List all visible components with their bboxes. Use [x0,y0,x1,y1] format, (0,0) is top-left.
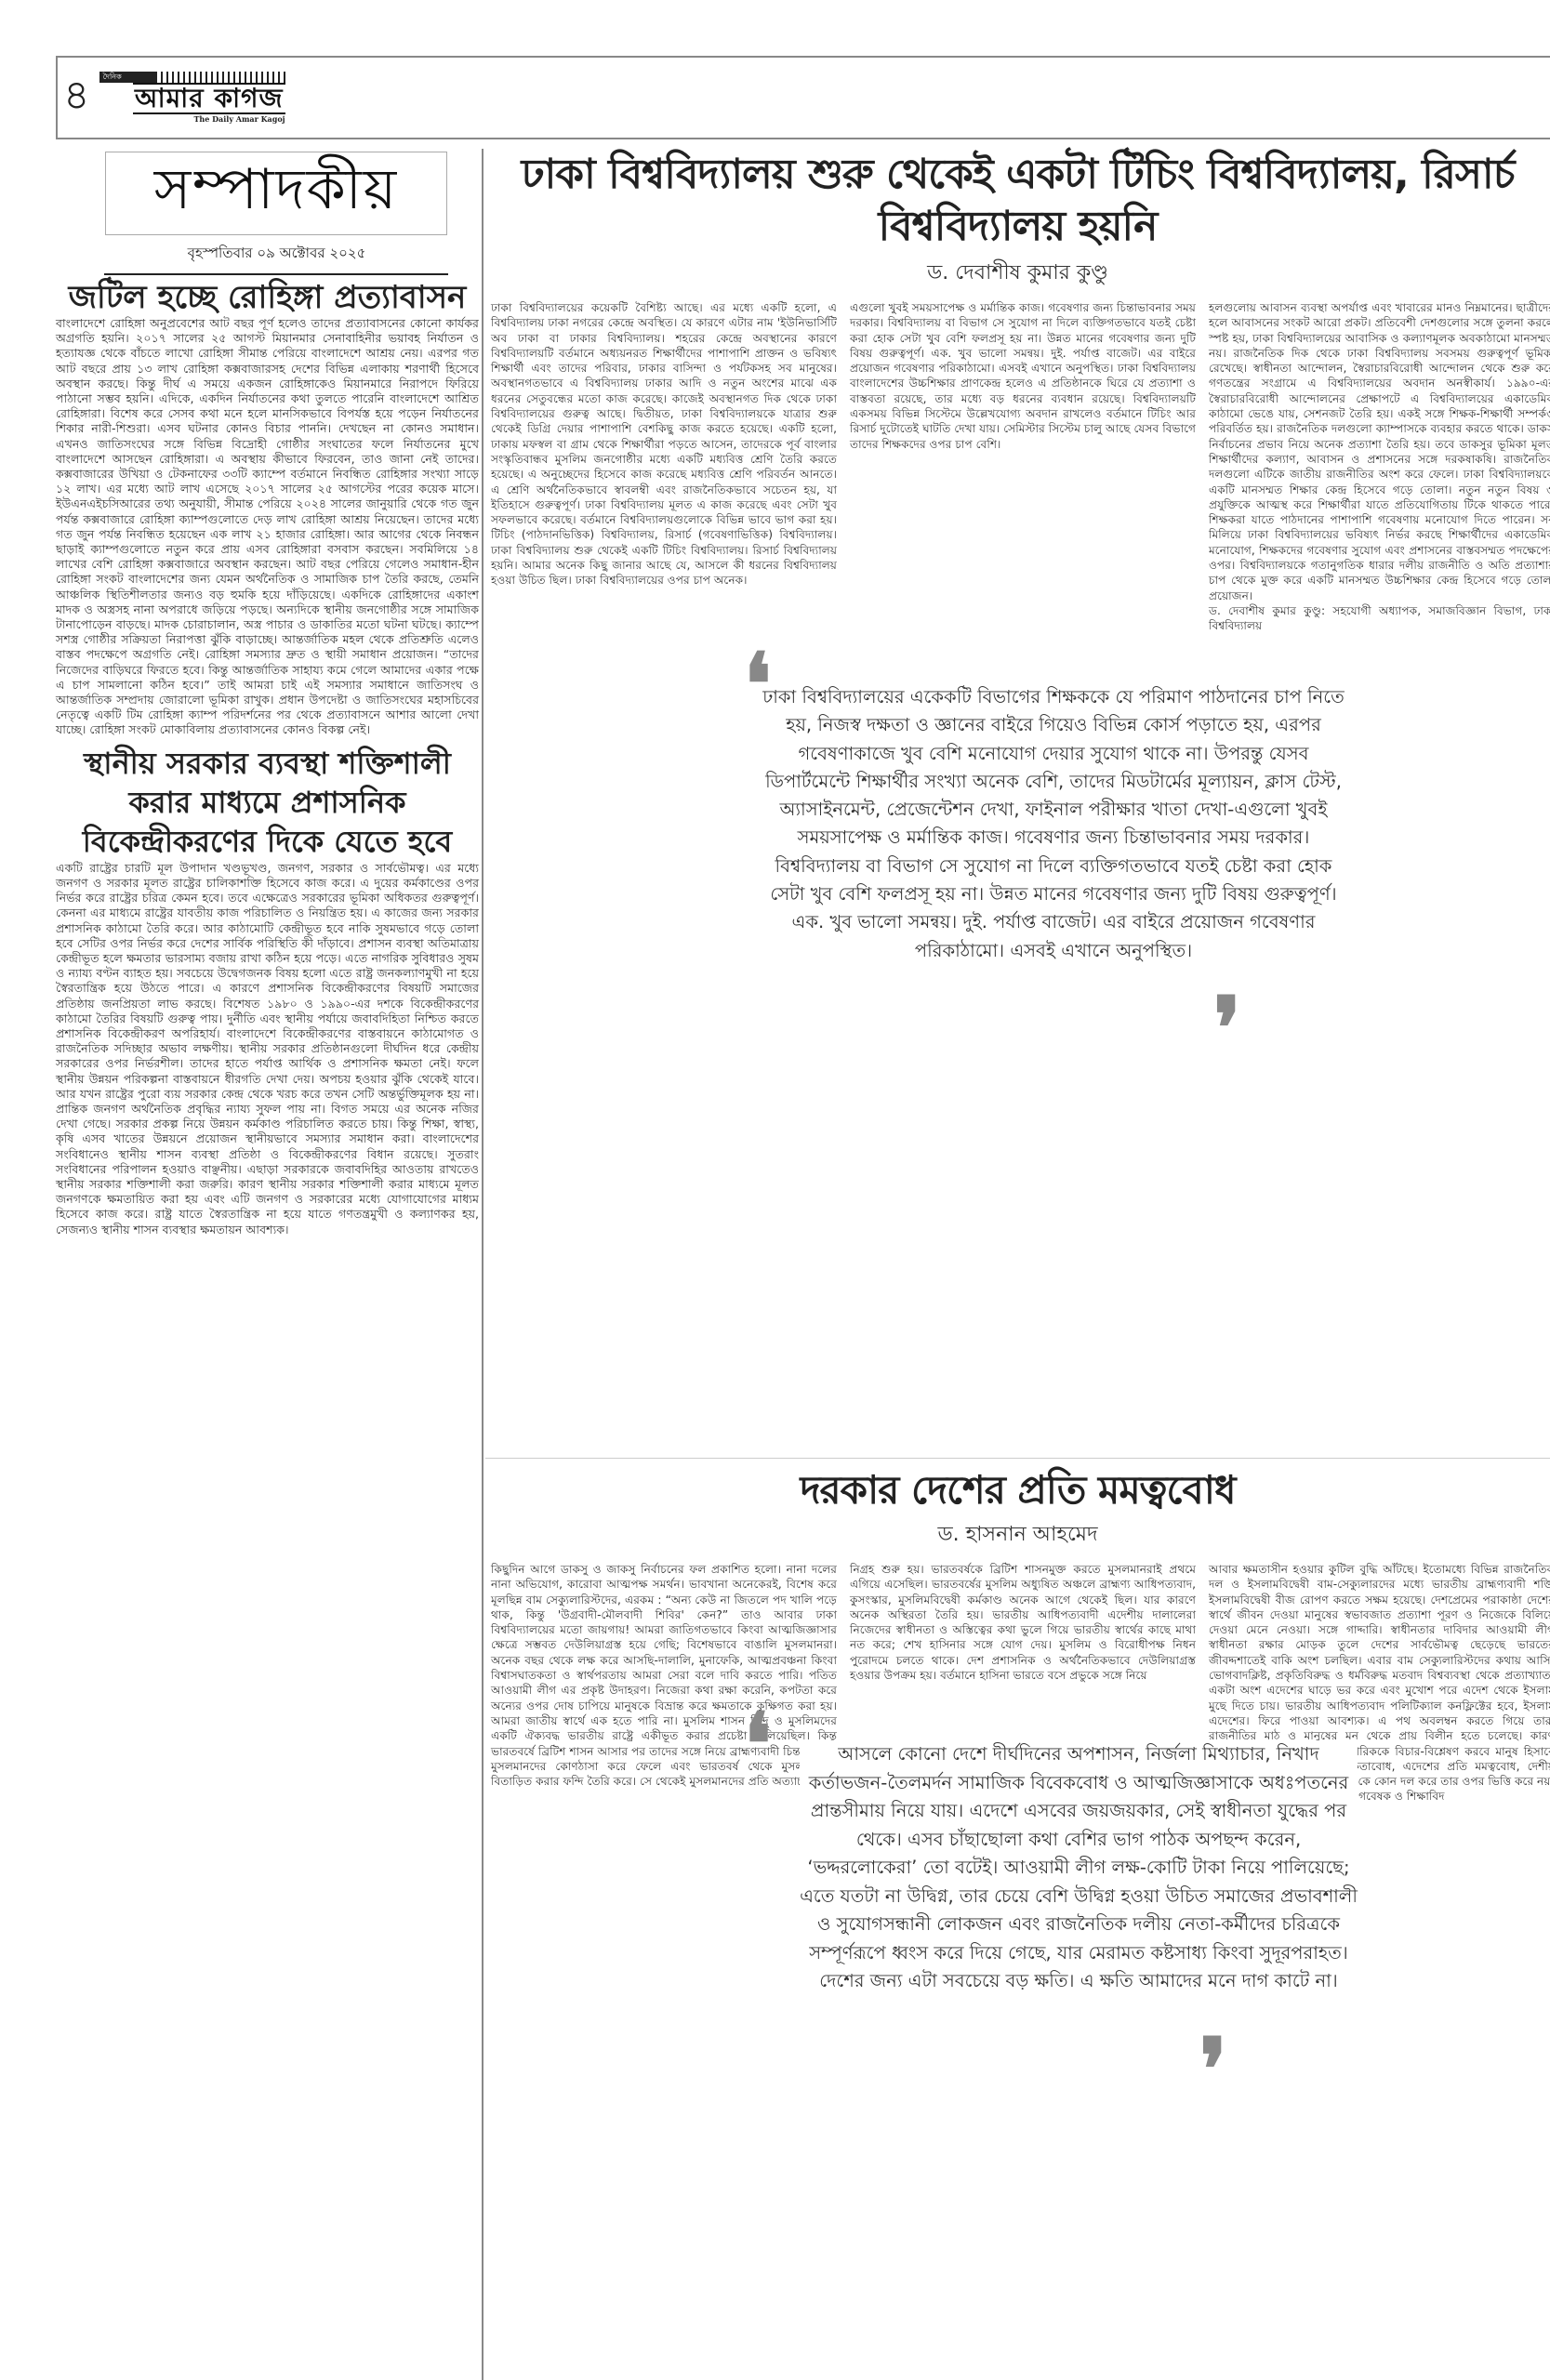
article-title: ঢাকা বিশ্ববিদ্যালয় শুরু থেকেই একটা টিচি… [485,149,1550,253]
pull-quote: আসলে কোনো দেশে দীর্ঘদিনের অপশাসন, নির্জল… [800,1740,1358,1996]
logo-title: আমার কাগজ [133,83,285,114]
article-column-2: এগুলো খুবই সময়সাপেক্ষ ও মর্মান্তিক কাজ।… [850,300,1196,634]
close-quote-icon: ❜ [1199,2027,1227,2112]
article-title: দরকার দেশের প্রতি মমত্ববোধ [485,1464,1550,1516]
editorial-title-box: সম্পাদকীয় [105,152,447,235]
pull-quote: ঢাকা বিশ্ববিদ্যালয়ের একেকটি বিভাগের শিক… [761,683,1346,965]
editorial-headline-2: স্থানীয় সরকার ব্যবস্থা শক্তিশালী করার ম… [56,744,479,861]
editorial-section-title: সম্পাদকীয় [154,147,399,240]
divider [104,273,448,275]
article-column-1: ঢাকা বিশ্ববিদ্যালয়ের কয়েকটি বৈশিষ্ট্য … [491,300,837,634]
open-quote-icon: ❛ [744,1701,772,1787]
editorial-body-2: একটি রাষ্ট্রের চারটি মূল উপাদান খণ্ডভূখণ… [56,861,479,1237]
author-note: ড. দেবাশীষ কুমার কুণ্ডু: সহযোগী অধ্যাপক,… [1209,603,1550,634]
editorial-column: সম্পাদকীয় বৃহস্পতিবার ০৯ অক্টোবর ২০২৫ জ… [56,149,479,1237]
newspaper-logo: দৈনিক আমার কাগজ The Daily Amar Kagoj [99,72,285,124]
editorial-body-1: বাংলাদেশে রোহিঙ্গা অনুপ্রবেশের আট বছর পূ… [56,316,479,738]
article-column-1: কিছুদিন আগে ডাকসু ও জাকসু নির্বাচনের ফল … [491,1562,837,1805]
logo-skyline: দৈনিক [99,72,285,83]
article-columns: ঢাকা বিশ্ববিদ্যালয়ের কয়েকটি বৈশিষ্ট্য … [491,300,1550,634]
logo-subtitle: The Daily Amar Kagoj [193,114,285,124]
article-byline: ড. দেবাশীষ কুমার কুণ্ডু [485,257,1550,291]
article-divider [485,1458,1550,1459]
article-column-3: হলগুলোয় আবাসন ব্যবস্থা অপর্যাপ্ত এবং খা… [1209,300,1550,634]
dateline: বৃহস্পতিবার ০৯ অক্টোবর ২০২৫ [93,243,460,266]
masthead: ৪ দৈনিক আমার কাগজ The Daily Amar Kagoj [56,56,1550,139]
article-byline: ড. হাসনান আহমেদ [485,1518,1550,1553]
column-divider [482,149,484,2380]
close-quote-icon: ❜ [1213,985,1241,1071]
editorial-headline-1: জটিল হচ্ছে রোহিঙ্গা প্রত্যাবাসন [56,279,479,316]
page-number: ৪ [63,64,90,132]
article-dhaka-university: ঢাকা বিশ্ববিদ্যালয় শুরু থেকেই একটা টিচি… [485,149,1550,634]
